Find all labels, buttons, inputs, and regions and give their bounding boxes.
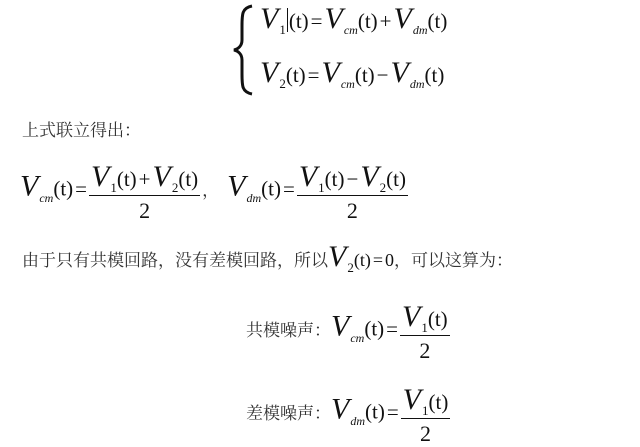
subscript: 1 (318, 180, 325, 195)
arg: (t) (365, 400, 385, 424)
subscript: dm (413, 23, 428, 37)
label: 差模噪声： (246, 404, 331, 424)
paragraph-combine: 上式联立得出： (22, 116, 141, 141)
var: V (325, 2, 343, 35)
label: 共模噪声： (246, 321, 331, 341)
var: V (331, 393, 349, 426)
paragraph-reasoning: 由于只有共模回路，没有差模回路，所以V2(t)=0，可以这算为： (22, 240, 513, 274)
arg: (t) (261, 177, 281, 201)
var: V (331, 310, 349, 343)
var: V (394, 2, 412, 35)
subscript: 2 (279, 76, 286, 91)
subscript: 1 (279, 22, 286, 37)
subscript: 2 (347, 260, 354, 275)
subscript: dm (246, 191, 261, 205)
var: V (227, 170, 245, 203)
subscript: 2 (380, 180, 387, 195)
denominator: 2 (401, 419, 451, 447)
fraction: V1(t)−V2(t)2 (297, 160, 408, 224)
text-cursor (287, 8, 288, 32)
equation-solution: Vcm(t)=V1(t)+V2(t)2，Vdm(t)=V1(t)−V2(t)2 (20, 160, 408, 224)
text: 由于只有共模回路，没有差模回路，所以 (22, 251, 328, 271)
arg: (t) (289, 9, 309, 33)
text: ，可以这算为： (394, 251, 513, 271)
subscript: 1 (421, 320, 428, 335)
inline-math: V2(t)=0 (328, 251, 394, 270)
equals: = (373, 250, 383, 270)
equation-v2: V2(t)=Vcm(t)−Vdm(t) (260, 56, 444, 90)
subscript: 1 (110, 180, 117, 195)
equation-cm-noise: 共模噪声：Vcm(t)=V1(t)2 (246, 300, 450, 364)
var: V (328, 240, 346, 273)
subscript: dm (410, 77, 425, 91)
fraction: V1(t)+V2(t)2 (89, 160, 200, 224)
subscript: 1 (422, 403, 429, 418)
var: V (20, 170, 38, 203)
equals: = (283, 177, 295, 201)
arg: (t) (364, 317, 384, 341)
arg: (t) (286, 63, 306, 87)
subscript: cm (344, 23, 358, 37)
comma: ， (202, 181, 219, 201)
value: 0 (385, 250, 394, 270)
subscript: cm (350, 331, 364, 345)
var: V (260, 2, 278, 35)
denominator: 2 (297, 196, 408, 224)
equals: = (308, 63, 320, 87)
operator: + (380, 9, 392, 33)
fraction: V1(t)2 (401, 383, 451, 447)
fraction: V1(t)2 (400, 300, 450, 364)
operator: − (377, 63, 389, 87)
equals: = (386, 317, 398, 341)
operator: − (346, 167, 358, 191)
arg: (t) (53, 177, 73, 201)
var: V (322, 56, 340, 89)
operator: + (139, 167, 151, 191)
equation-dm-noise: 差模噪声：Vdm(t)=V1(t)2 (246, 383, 450, 447)
equation-v1: V1(t)=Vcm(t)+Vdm(t) (260, 2, 447, 36)
subscript: cm (341, 77, 355, 91)
arg: (t) (355, 63, 375, 87)
equals: = (387, 400, 399, 424)
denominator: 2 (400, 336, 450, 364)
denominator: 2 (89, 196, 200, 224)
equals: = (311, 9, 323, 33)
left-brace-icon (232, 4, 256, 96)
subscript: cm (39, 191, 53, 205)
arg: (t) (425, 63, 445, 87)
arg: (t) (354, 250, 371, 270)
var: V (391, 56, 409, 89)
equals: = (75, 177, 87, 201)
subscript: 2 (172, 180, 179, 195)
subscript: dm (350, 414, 365, 428)
var: V (260, 56, 278, 89)
arg: (t) (428, 9, 448, 33)
arg: (t) (358, 9, 378, 33)
